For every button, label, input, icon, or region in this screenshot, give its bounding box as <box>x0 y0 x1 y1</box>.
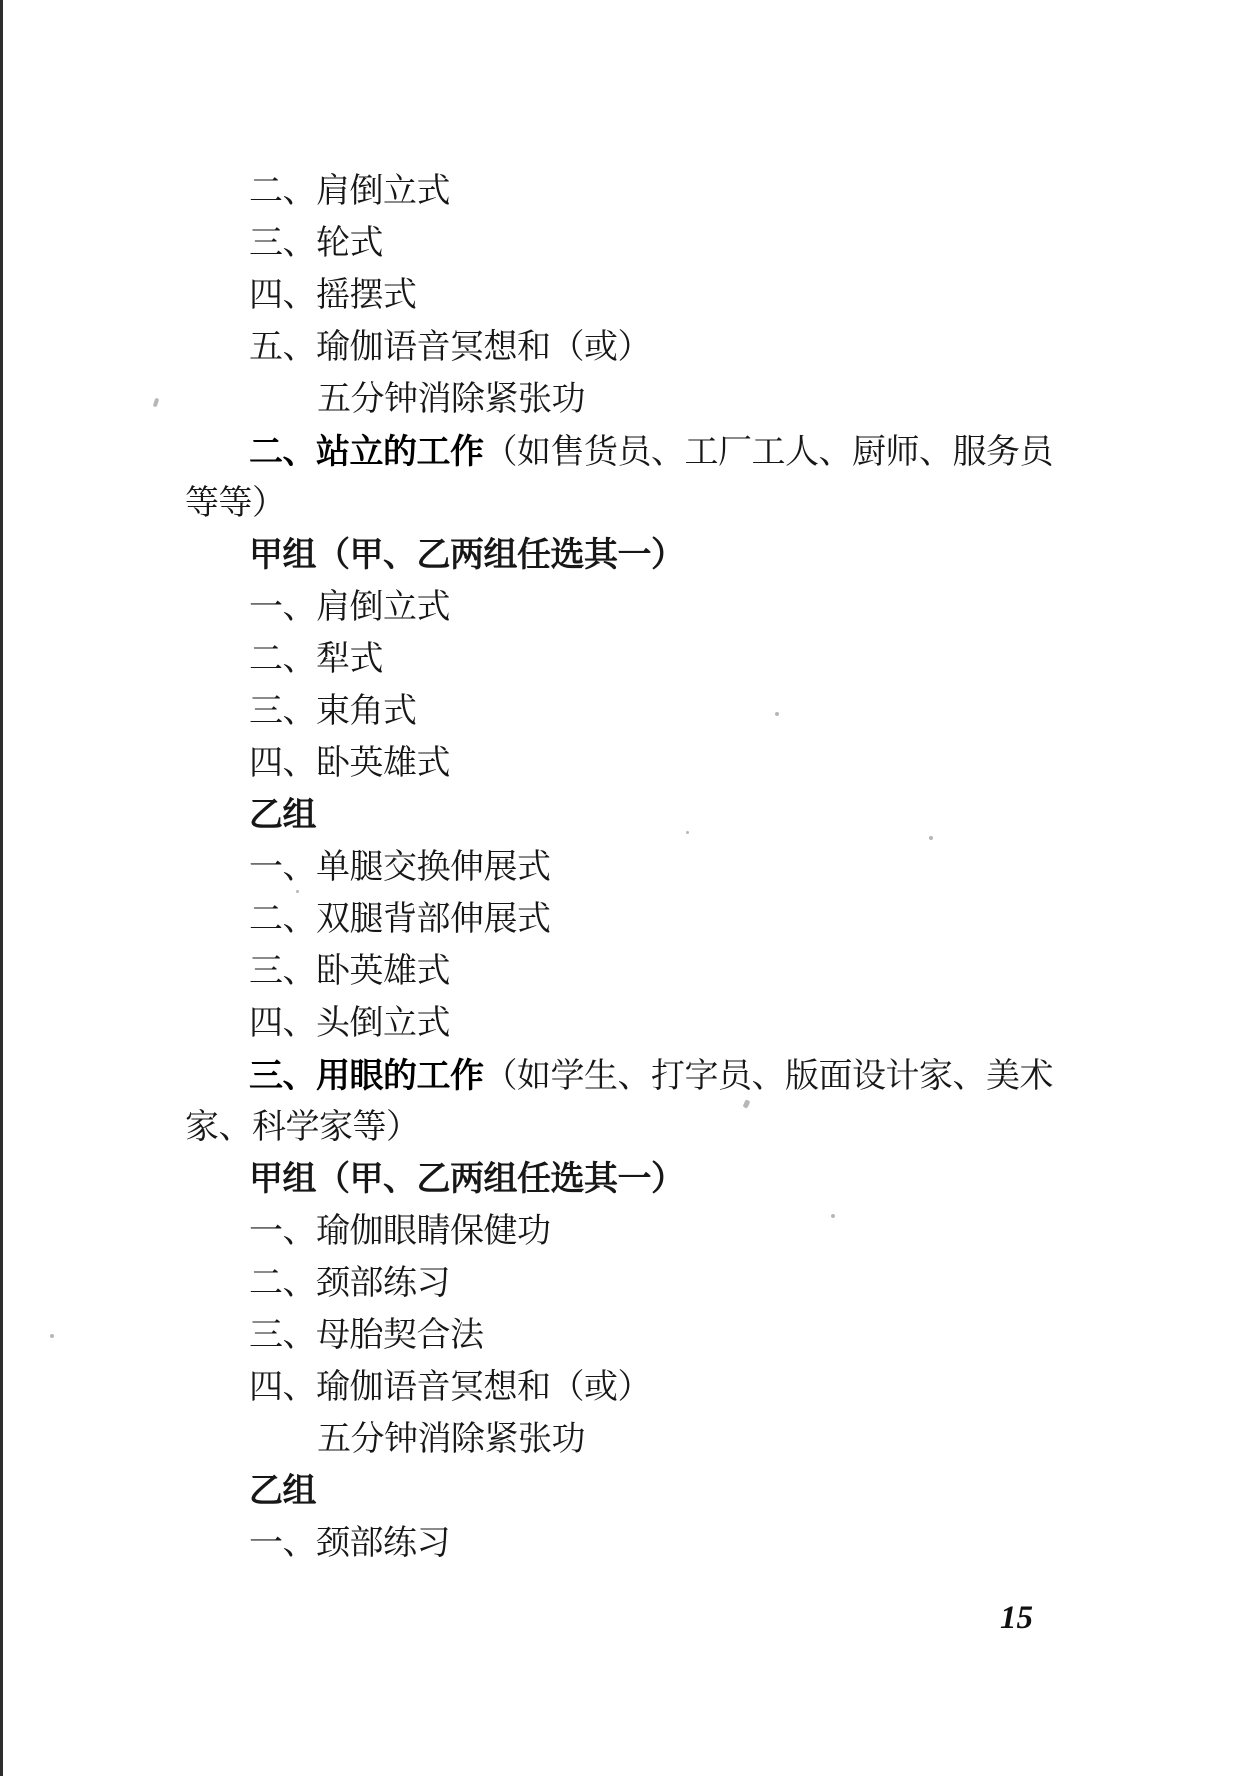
scan-speck <box>929 836 933 840</box>
toc-exercise-item: 四、头倒立式 <box>185 998 1185 1050</box>
toc-exercise-item: 二、肩倒立式 <box>185 166 1185 218</box>
toc-exercise-item: 三、束角式 <box>185 686 1185 738</box>
section-heading-paren-text: （如学生、打字员、版面设计家、美术 <box>484 1058 1054 1095</box>
toc-exercise-item: 一、颈部练习 <box>185 1518 1185 1570</box>
page-number: 15 <box>1000 1600 1033 1637</box>
exercise-contents-list: 二、肩倒立式三、轮式四、摇摆式五、瑜伽语音冥想和（或）五分钟消除紧张功二、站立的… <box>185 166 1185 1570</box>
toc-exercise-item: 二、犁式 <box>185 634 1185 686</box>
section-heading-bold-text: 三、用眼的工作 <box>249 1057 484 1095</box>
scan-speck <box>775 712 779 716</box>
toc-group-label: 乙组 <box>185 1466 1185 1518</box>
toc-section-heading-line: 三、用眼的工作（如学生、打字员、版面设计家、美术 <box>185 1050 1185 1102</box>
toc-group-label: 甲组（甲、乙两组任选其一） <box>185 530 1185 582</box>
toc-continuation-line: 五分钟消除紧张功 <box>185 1414 1185 1466</box>
toc-group-label: 甲组（甲、乙两组任选其一） <box>185 1154 1185 1206</box>
scan-speck <box>296 890 299 893</box>
scan-speck <box>831 1214 835 1218</box>
toc-exercise-item: 四、卧英雄式 <box>185 738 1185 790</box>
toc-exercise-item: 二、颈部练习 <box>185 1258 1185 1310</box>
toc-exercise-item: 五、瑜伽语音冥想和（或） <box>185 322 1185 374</box>
scan-edge-line <box>0 0 3 1776</box>
toc-exercise-item: 三、卧英雄式 <box>185 946 1185 998</box>
toc-group-label: 乙组 <box>185 790 1185 842</box>
toc-wrapped-line: 家、科学家等） <box>185 1102 1185 1154</box>
toc-exercise-item: 一、单腿交换伸展式 <box>185 842 1185 894</box>
scan-speck <box>50 1334 54 1338</box>
scan-speck <box>153 398 160 408</box>
toc-exercise-item: 一、肩倒立式 <box>185 582 1185 634</box>
toc-exercise-item: 三、母胎契合法 <box>185 1310 1185 1362</box>
section-heading-paren-text: （如售货员、工厂工人、厨师、服务员 <box>484 434 1054 471</box>
toc-continuation-line: 五分钟消除紧张功 <box>185 374 1185 426</box>
scanned-book-page: 二、肩倒立式三、轮式四、摇摆式五、瑜伽语音冥想和（或）五分钟消除紧张功二、站立的… <box>0 0 1241 1776</box>
section-heading-bold-text: 二、站立的工作 <box>249 433 484 471</box>
toc-wrapped-line: 等等） <box>185 478 1185 530</box>
toc-exercise-item: 三、轮式 <box>185 218 1185 270</box>
toc-exercise-item: 四、摇摆式 <box>185 270 1185 322</box>
scan-speck <box>686 831 689 834</box>
toc-exercise-item: 四、瑜伽语音冥想和（或） <box>185 1362 1185 1414</box>
toc-section-heading-line: 二、站立的工作（如售货员、工厂工人、厨师、服务员 <box>185 426 1185 478</box>
toc-exercise-item: 二、双腿背部伸展式 <box>185 894 1185 946</box>
toc-exercise-item: 一、瑜伽眼睛保健功 <box>185 1206 1185 1258</box>
